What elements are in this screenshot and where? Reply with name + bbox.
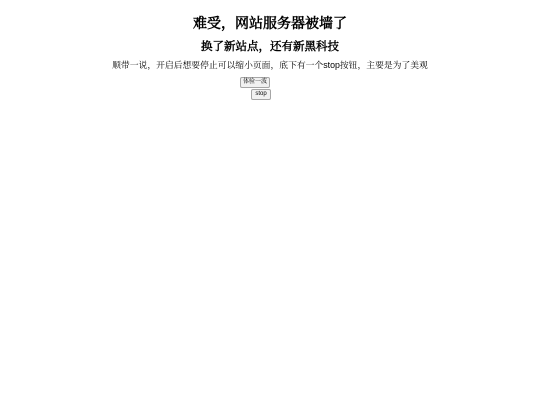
page-subtitle: 换了新站点，还有新黑科技 — [0, 31, 540, 54]
experience-button[interactable]: 体验一波 — [240, 77, 270, 88]
note-text: 顺带一说，开启后想要停止可以缩小页面，底下有一个stop按钮，主要是为了美观 — [0, 54, 540, 71]
page: 难受，网站服务器被墙了 换了新站点，还有新黑科技 顺带一说，开启后想要停止可以缩… — [0, 0, 540, 405]
stop-button-row: stop — [0, 89, 540, 100]
experience-button-row: 体验一波 — [0, 77, 540, 88]
stop-button[interactable]: stop — [251, 89, 270, 100]
page-title: 难受，网站服务器被墙了 — [0, 0, 540, 31]
